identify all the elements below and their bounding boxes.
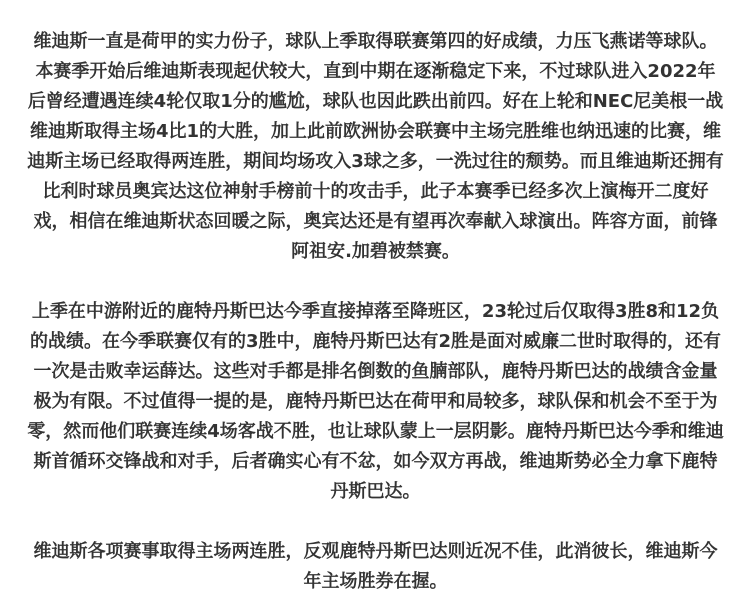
article-body: 维迪斯一直是荷甲的实力份子，球队上季取得联赛第四的好成绩，力压飞燕诺等球队。本赛…	[27, 27, 724, 597]
article-page: 维迪斯一直是荷甲的实力份子，球队上季取得联赛第四的好成绩，力压飞燕诺等球队。本赛…	[0, 0, 751, 597]
article-paragraph-away-team-analysis: 上季在中游附近的鹿特丹斯巴达今季直接掉落至降班区，23轮过后仅取得3胜8和12负…	[27, 297, 724, 507]
article-paragraph-conclusion: 维迪斯各项赛事取得主场两连胜，反观鹿特丹斯巴达则近况不佳，此消彼长，维迪斯今年主…	[27, 537, 724, 597]
article-paragraph-home-team-analysis: 维迪斯一直是荷甲的实力份子，球队上季取得联赛第四的好成绩，力压飞燕诺等球队。本赛…	[27, 27, 724, 267]
